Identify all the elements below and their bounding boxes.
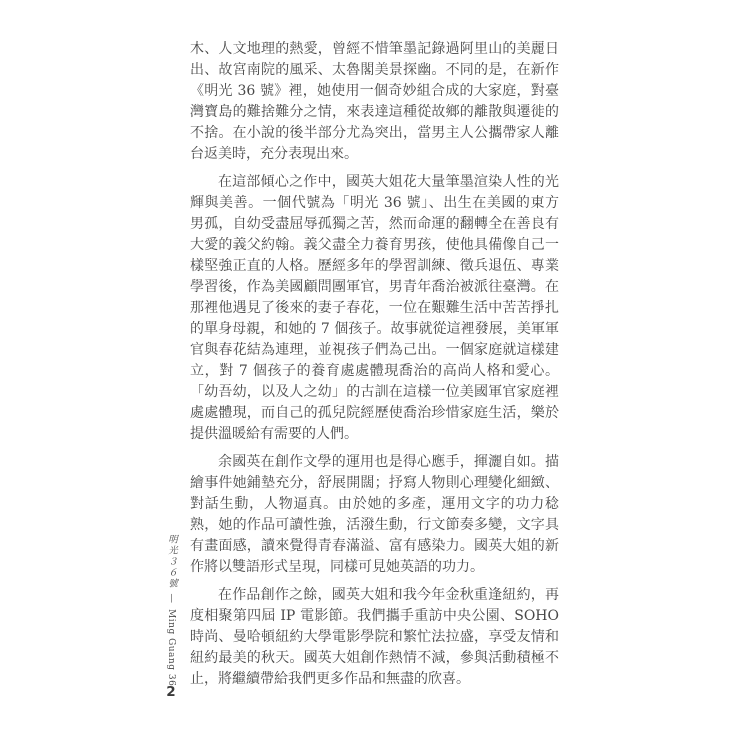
page-number: 2: [162, 684, 180, 700]
running-title-vertical: 明光３６號 — Ming Guang 36: [164, 534, 178, 684]
running-title-latin: Ming Guang 36: [166, 609, 176, 686]
paragraph-4: 在作品創作之餘，國英大姐和我今年金秋重逢紐約，再度相聚第四屆 IP 電影節。我們…: [190, 585, 559, 690]
book-page: 明光３６號 — Ming Guang 36 2 木、人文地理的熱愛，曾經不惜筆墨…: [0, 0, 750, 750]
paragraph-1: 木、人文地理的熱愛，曾經不惜筆墨記錄過阿里山的美麗日出、故宮南院的風采、太魯閣美…: [190, 39, 559, 165]
paragraph-3: 余國英在創作文學的運用也是得心應手，揮灑自如。描繪事件她鋪墊充分，舒展開闊；抒寫…: [190, 452, 559, 578]
running-title-cjk: 明光３６號: [166, 534, 177, 589]
running-title-separator: —: [166, 594, 177, 605]
main-text-block: 木、人文地理的熱愛，曾經不惜筆墨記錄過阿里山的美麗日出、故宮南院的風采、太魯閣美…: [190, 39, 559, 697]
paragraph-2: 在這部傾心之作中，國英大姐花大量筆墨渲染人性的光輝與美善。一個代號為「明光 36…: [190, 172, 559, 445]
